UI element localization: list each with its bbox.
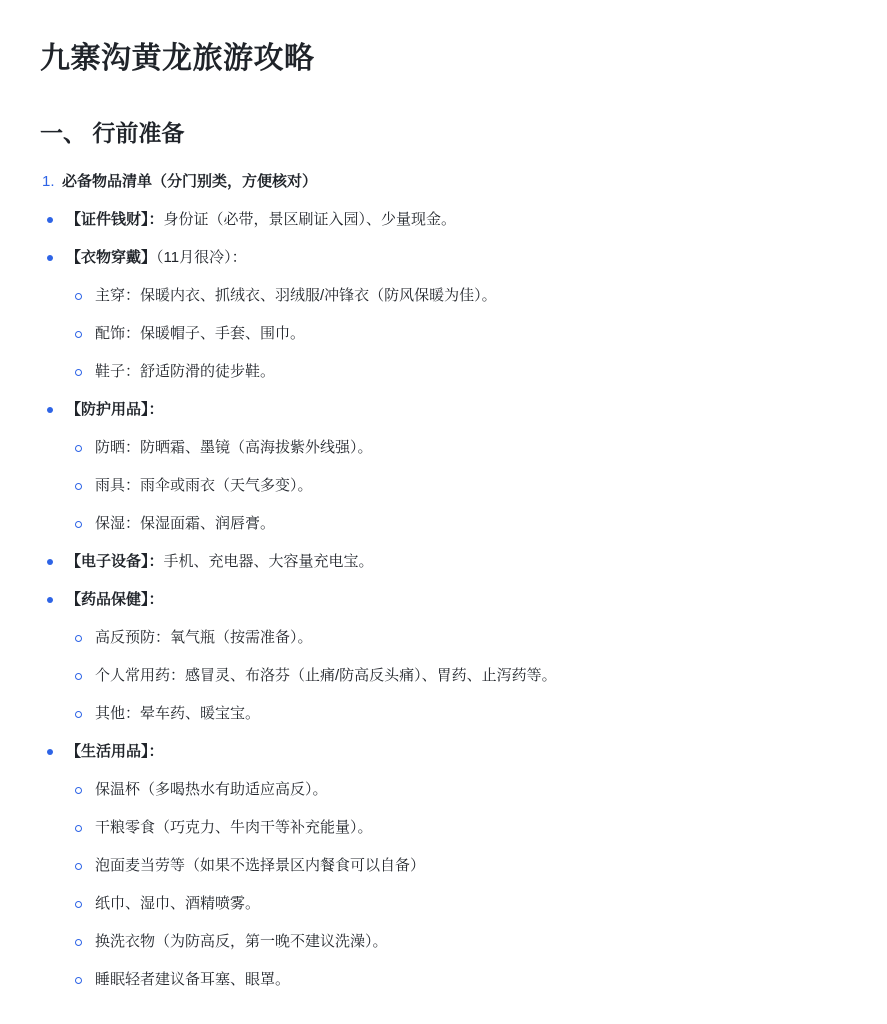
sub-item-text: 高反预防：氧气瓶（按需准备）。 xyxy=(95,629,313,646)
sub-list-item: 高反预防：氧气瓶（按需准备）。 xyxy=(40,627,851,649)
sub-item-text: 保温杯（多喝热水有助适应高反）。 xyxy=(95,781,328,798)
section-heading: 一、 行前准备 xyxy=(40,118,851,148)
bullet-ring-icon xyxy=(75,711,82,718)
bullet-ring-icon xyxy=(75,483,82,490)
list-heading-text: 必备物品清单（分门别类，方便核对） xyxy=(62,173,317,190)
sub-item-text: 泡面麦当劳等（如果不选择景区内餐食可以自备） xyxy=(95,857,425,874)
bullet-dot-icon xyxy=(47,407,53,413)
sub-list-item: 个人常用药：感冒灵、布洛芬（止痛/防高反头痛）、胃药、止泻药等。 xyxy=(40,665,851,687)
bullet-dot-icon xyxy=(47,597,53,603)
sub-item-text: 雨具：雨伞或雨衣（天气多变）。 xyxy=(95,477,313,494)
sub-list-item: 主穿：保暖内衣、抓绒衣、羽绒服/冲锋衣（防风保暖为佳）。 xyxy=(40,285,851,307)
item-text: 手机、充电器、大容量充电宝。 xyxy=(164,553,374,570)
sub-item-text: 个人常用药：感冒灵、布洛芬（止痛/防高反头痛）、胃药、止泻药等。 xyxy=(95,667,557,684)
sub-list-item: 纸巾、湿巾、酒精喷雾。 xyxy=(40,893,851,915)
bullet-ring-icon xyxy=(75,901,82,908)
sub-item-text: 干粮零食（巧克力、牛肉干等补充能量）。 xyxy=(95,819,373,836)
list-item: 【药品保健】： xyxy=(40,589,851,611)
bullet-ring-icon xyxy=(75,293,82,300)
bullet-ring-icon xyxy=(75,977,82,984)
sub-list-item: 睡眠轻者建议备耳塞、眼罩。 xyxy=(40,969,851,991)
item-label: 【生活用品】： xyxy=(66,743,164,760)
bullet-ring-icon xyxy=(75,673,82,680)
sub-list-item: 换洗衣物（为防高反，第一晚不建议洗澡）。 xyxy=(40,931,851,953)
bullet-ring-icon xyxy=(75,863,82,870)
bullet-ring-icon xyxy=(75,787,82,794)
sub-item-text: 睡眠轻者建议备耳塞、眼罩。 xyxy=(95,971,290,988)
list-item: 【防护用品】： xyxy=(40,399,851,421)
sub-item-text: 鞋子：舒适防滑的徒步鞋。 xyxy=(95,363,275,380)
sub-item-text: 换洗衣物（为防高反，第一晚不建议洗澡）。 xyxy=(95,933,388,950)
bullet-dot-icon xyxy=(47,749,53,755)
list-item: 【衣物穿戴】（11月很冷）： xyxy=(40,247,851,269)
sub-list-item: 干粮零食（巧克力、牛肉干等补充能量）。 xyxy=(40,817,851,839)
list-item: 【生活用品】： xyxy=(40,741,851,763)
sub-list-item: 配饰：保暖帽子、手套、围巾。 xyxy=(40,323,851,345)
ordered-list-item: 1.必备物品清单（分门别类，方便核对） xyxy=(40,171,851,193)
bullet-ring-icon xyxy=(75,369,82,376)
item-label: 【证件钱财】： xyxy=(66,211,164,228)
list-item: 【证件钱财】：身份证（必带，景区刷证入园）、少量现金。 xyxy=(40,209,851,231)
bullet-ring-icon xyxy=(75,825,82,832)
sub-list-item: 鞋子：舒适防滑的徒步鞋。 xyxy=(40,361,851,383)
item-text: 身份证（必带，景区刷证入园）、少量现金。 xyxy=(164,211,457,228)
item-text: （11月很冷）： xyxy=(156,249,247,266)
bullet-dot-icon xyxy=(47,217,53,223)
sub-item-text: 防晒：防晒霜、墨镜（高海拔紫外线强）。 xyxy=(95,439,373,456)
list-number: 1. xyxy=(42,171,62,193)
sub-list-item: 保湿：保湿面霜、润唇膏。 xyxy=(40,513,851,535)
bullet-ring-icon xyxy=(75,331,82,338)
sub-item-text: 其他：晕车药、暖宝宝。 xyxy=(95,705,260,722)
bullet-dot-icon xyxy=(47,255,53,261)
list-item: 【电子设备】：手机、充电器、大容量充电宝。 xyxy=(40,551,851,573)
document: 九寨沟黄龙旅游攻略 一、 行前准备 1.必备物品清单（分门别类，方便核对） 【证… xyxy=(0,0,887,991)
bullet-ring-icon xyxy=(75,939,82,946)
item-label: 【药品保健】： xyxy=(66,591,164,608)
item-label: 【衣物穿戴】 xyxy=(66,249,156,266)
bullet-ring-icon xyxy=(75,635,82,642)
item-label: 【电子设备】： xyxy=(66,553,164,570)
bullet-dot-icon xyxy=(47,559,53,565)
sub-list-item: 雨具：雨伞或雨衣（天气多变）。 xyxy=(40,475,851,497)
sub-item-text: 配饰：保暖帽子、手套、围巾。 xyxy=(95,325,305,342)
bullet-ring-icon xyxy=(75,521,82,528)
page-title: 九寨沟黄龙旅游攻略 xyxy=(40,40,851,78)
sub-item-text: 保湿：保湿面霜、润唇膏。 xyxy=(95,515,275,532)
item-label: 【防护用品】： xyxy=(66,401,164,418)
sub-item-text: 纸巾、湿巾、酒精喷雾。 xyxy=(95,895,260,912)
sub-list-item: 其他：晕车药、暖宝宝。 xyxy=(40,703,851,725)
sub-list-item: 防晒：防晒霜、墨镜（高海拔紫外线强）。 xyxy=(40,437,851,459)
bullet-ring-icon xyxy=(75,445,82,452)
sub-item-text: 主穿：保暖内衣、抓绒衣、羽绒服/冲锋衣（防风保暖为佳）。 xyxy=(95,287,497,304)
sub-list-item: 泡面麦当劳等（如果不选择景区内餐食可以自备） xyxy=(40,855,851,877)
sub-list-item: 保温杯（多喝热水有助适应高反）。 xyxy=(40,779,851,801)
